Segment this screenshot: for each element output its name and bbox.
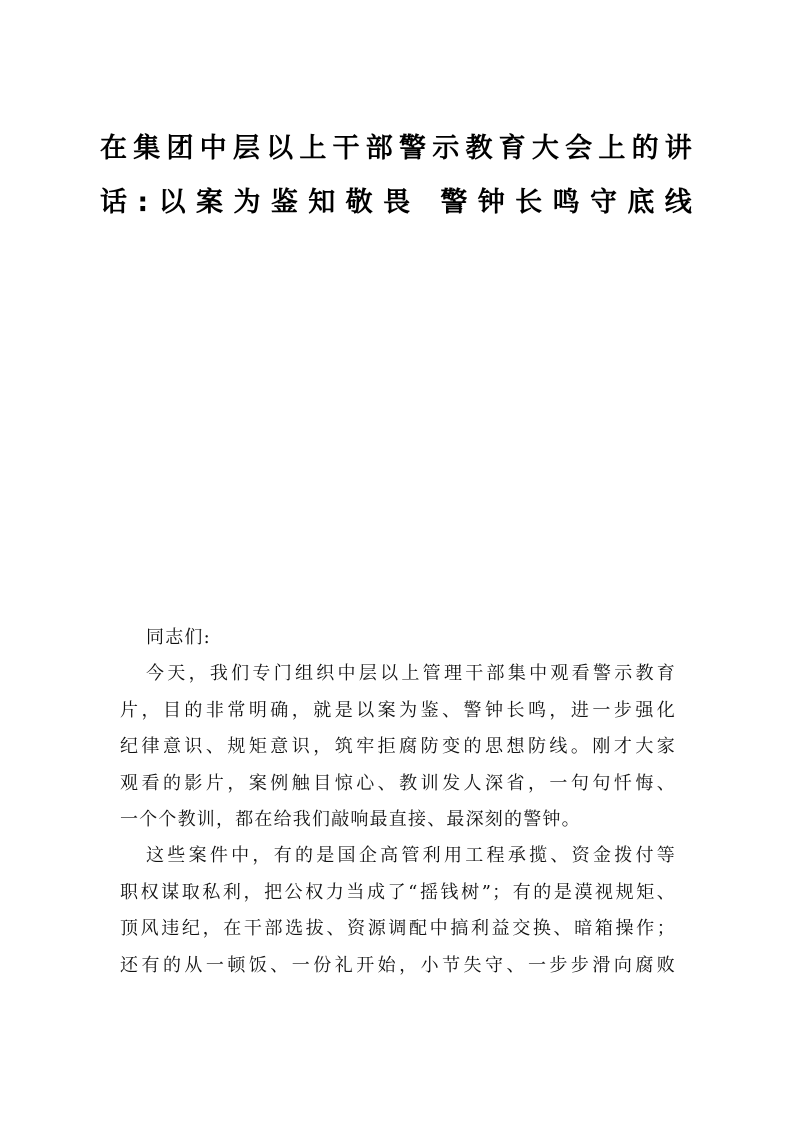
paragraph-line: 一个个教训，都在给我们敲响最直接、最深刻的警钟。 — [120, 802, 676, 838]
document-body: 同志们: 今天，我们专门组织中层以上管理干部集中观看警示教育 片，目的非常明确，… — [120, 620, 676, 984]
title-line-2: 话:以案为鉴知敬畏 警钟长鸣守底线 — [100, 176, 693, 230]
paragraph-line: 顶风违纪，在干部选拔、资源调配中搞利益交换、暗箱操作； — [120, 911, 676, 947]
paragraph-line: 职权谋取私利，把公权力当成了“摇钱树”；有的是漠视规矩、 — [120, 875, 676, 911]
document-title: 在集团中层以上干部警示教育大会上的讲 话:以案为鉴知敬畏 警钟长鸣守底线 — [100, 122, 693, 230]
paragraph-line: 还有的从一顿饭、一份礼开始，小节失守、一步步滑向腐败 — [120, 948, 676, 984]
greeting: 同志们: — [120, 620, 676, 656]
paragraph-line: 片，目的非常明确，就是以案为鉴、警钟长鸣，进一步强化 — [120, 693, 676, 729]
paragraph-line: 今天，我们专门组织中层以上管理干部集中观看警示教育 — [120, 656, 676, 692]
document-page: 在集团中层以上干部警示教育大会上的讲 话:以案为鉴知敬畏 警钟长鸣守底线 同志们… — [0, 0, 793, 1122]
paragraph-line: 这些案件中，有的是国企高管利用工程承揽、资金拨付等 — [120, 838, 676, 874]
paragraph-2: 这些案件中，有的是国企高管利用工程承揽、资金拨付等 职权谋取私利，把公权力当成了… — [120, 838, 676, 984]
title-line-1: 在集团中层以上干部警示教育大会上的讲 — [100, 122, 693, 176]
paragraph-line: 纪律意识、规矩意识，筑牢拒腐防变的思想防线。刚才大家 — [120, 729, 676, 765]
paragraph-1: 今天，我们专门组织中层以上管理干部集中观看警示教育 片，目的非常明确，就是以案为… — [120, 656, 676, 838]
paragraph-line: 观看的影片，案例触目惊心、教训发人深省，一句句忏悔、 — [120, 766, 676, 802]
